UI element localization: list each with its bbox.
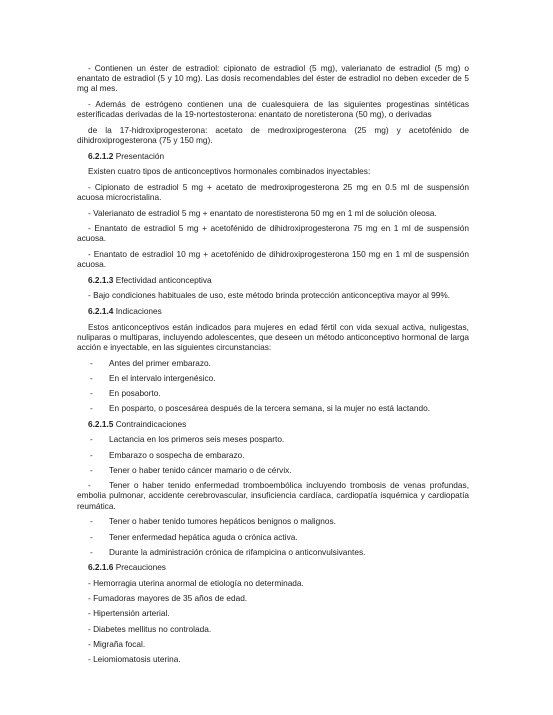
bullet-dash: - bbox=[90, 388, 93, 398]
bullet-dash: - bbox=[90, 547, 93, 557]
section-number: 6.2.1.5 bbox=[88, 419, 113, 429]
indicaciones-intro: Estos anticonceptivos están indicados pa… bbox=[77, 322, 469, 353]
bullet-dash: - bbox=[90, 373, 93, 383]
paragraph-progestinas: - Además de estrógeno contienen una de c… bbox=[77, 99, 469, 119]
section-heading-efectividad: 6.2.1.3 Efectividad anticonceptiva bbox=[77, 275, 469, 285]
list-item: -Embarazo o sospecha de embarazo. bbox=[77, 450, 469, 460]
section-title: Efectividad anticonceptiva bbox=[116, 275, 212, 285]
list-item: -Tener o haber tenido cáncer mamario o d… bbox=[77, 465, 469, 475]
section-heading-indicaciones: 6.2.1.4 Indicaciones bbox=[77, 306, 469, 316]
presentacion-intro: Existen cuatro tipos de anticonceptivos … bbox=[77, 166, 469, 176]
bullet-dash: - bbox=[90, 358, 93, 368]
bullet-dash: - bbox=[90, 403, 93, 413]
bullet-dash: - bbox=[90, 532, 93, 542]
list-item: -En el intervalo intergenésico. bbox=[77, 373, 469, 383]
list-item: -Tener enfermedad hepática aguda o cróni… bbox=[77, 532, 469, 542]
list-item: - Hipertensión arterial. bbox=[77, 608, 469, 618]
list-item: - Cipionato de estradiol 5 mg + acetato … bbox=[77, 182, 469, 202]
bullet-dash: - bbox=[88, 480, 109, 490]
list-item: - Fumadoras mayores de 35 años de edad. bbox=[77, 593, 469, 603]
bullet-dash: - bbox=[90, 450, 93, 460]
section-heading-contraindicaciones: 6.2.1.5 Contraindicaciones bbox=[77, 419, 469, 429]
list-item-long: -Tener o haber tenido enfermedad tromboe… bbox=[77, 480, 469, 511]
section-number: 6.2.1.3 bbox=[88, 275, 113, 285]
document-page: - Contienen un éster de estradiol: cipio… bbox=[77, 63, 469, 669]
section-title: Contraindicaciones bbox=[116, 419, 187, 429]
list-item: -Antes del primer embarazo. bbox=[77, 358, 469, 368]
section-number: 6.2.1.4 bbox=[88, 306, 113, 316]
section-number: 6.2.1.6 bbox=[88, 562, 113, 572]
list-item: -En posaborto. bbox=[77, 388, 469, 398]
section-title: Indicaciones bbox=[116, 306, 162, 316]
list-item: - Diabetes mellitus no controlada. bbox=[77, 624, 469, 634]
list-item: -Lactancia en los primeros seis meses po… bbox=[77, 434, 469, 444]
list-item: - Valerianato de estradiol 5 mg + enanta… bbox=[77, 208, 469, 218]
bullet-dash: - bbox=[90, 434, 93, 444]
list-item: - Leiomiomatosis uterina. bbox=[77, 654, 469, 664]
efectividad-text: - Bajo condiciones habituales de uso, es… bbox=[77, 290, 469, 300]
list-item: - Hemorragia uterina anormal de etiologí… bbox=[77, 578, 469, 588]
paragraph-ester: - Contienen un éster de estradiol: cipio… bbox=[77, 63, 469, 94]
section-number: 6.2.1.2 bbox=[88, 151, 113, 161]
section-title: Precauciones bbox=[116, 562, 166, 572]
section-title: Presentación bbox=[116, 151, 164, 161]
bullet-dash: - bbox=[90, 516, 93, 526]
list-item: - Enantato de estradiol 5 mg + acetoféni… bbox=[77, 223, 469, 243]
paragraph-hidroxiprogesterona: de la 17-hidroxiprogesterona: acetato de… bbox=[77, 125, 469, 145]
list-item: - Migraña focal. bbox=[77, 639, 469, 649]
list-item: -Tener o haber tenido tumores hepáticos … bbox=[77, 516, 469, 526]
bullet-dash: - bbox=[90, 465, 93, 475]
section-heading-presentacion: 6.2.1.2 Presentación bbox=[77, 151, 469, 161]
list-item: -En posparto, o poscesárea después de la… bbox=[77, 403, 469, 413]
section-heading-precauciones: 6.2.1.6 Precauciones bbox=[77, 562, 469, 572]
list-item: - Enantato de estradiol 10 mg + acetofén… bbox=[77, 249, 469, 269]
list-item: -Durante la administración crónica de ri… bbox=[77, 547, 469, 557]
